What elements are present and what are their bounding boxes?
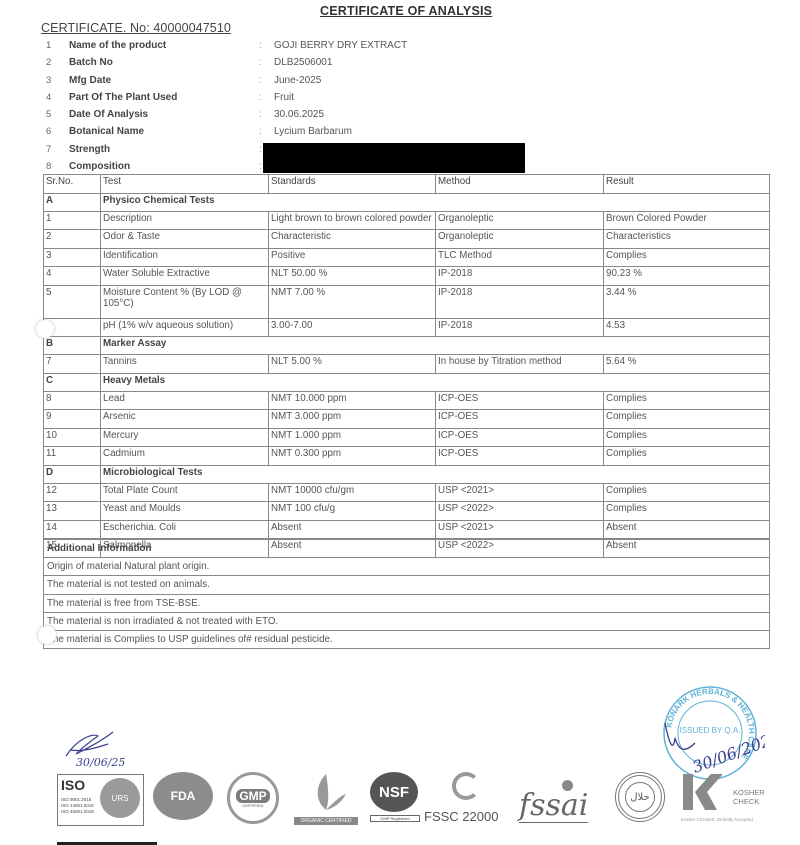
table-row: 2Odor & TasteCharacteristicOrganolepticC… — [44, 230, 770, 249]
standard-cell: NMT 0.300 ppm — [269, 447, 436, 466]
table-row: 11CadmiumNMT 0.300 ppmICP-OESComplies — [44, 447, 770, 466]
info-number: 1 — [46, 40, 51, 51]
serial-cell: 2 — [44, 230, 101, 249]
test-cell: Mercury — [101, 428, 269, 447]
info-colon: : — [259, 40, 262, 51]
test-cell: Yeast and Moulds — [101, 502, 269, 521]
test-cell: pH (1% w/v aqueous solution) — [101, 318, 269, 337]
info-value: Lycium Barbarum — [274, 126, 352, 137]
column-header: Sr.No. — [44, 175, 101, 194]
test-cell: Water Soluble Extractive — [101, 267, 269, 286]
info-number: 2 — [46, 57, 51, 68]
analysis-table: Sr.No.TestStandardsMethodResult APhysico… — [43, 174, 770, 558]
serial-cell: 11 — [44, 447, 101, 466]
info-value: DLB2506001 — [274, 57, 332, 68]
section-row: APhysico Chemical Tests — [44, 193, 770, 211]
info-value: 30.06.2025 — [274, 109, 324, 120]
method-cell: USP <2021> — [436, 483, 604, 502]
additional-info-text: Origin of material Natural plant origin. — [44, 558, 770, 576]
standard-cell: NLT 50.00 % — [269, 267, 436, 286]
column-header: Test — [101, 175, 269, 194]
method-cell: USP <2021> — [436, 520, 604, 539]
standard-cell: NMT 3.000 ppm — [269, 410, 436, 429]
info-row: 1Name of the product:GOJI BERRY DRY EXTR… — [44, 38, 544, 55]
info-colon: : — [259, 126, 262, 137]
standard-cell: NMT 7.00 % — [269, 285, 436, 318]
result-cell: Complies — [604, 410, 770, 429]
table-row: 14Escherichia. ColiAbsentUSP <2021>Absen… — [44, 520, 770, 539]
result-cell: Complies — [604, 483, 770, 502]
section-row: BMarker Assay — [44, 337, 770, 355]
result-cell: Characteristics — [604, 230, 770, 249]
section-row: CHeavy Metals — [44, 373, 770, 391]
section-title: Marker Assay — [101, 337, 770, 355]
kosher-check-logo: KOSHERCHECK Kosher Checked. Globally Acc… — [681, 772, 796, 828]
method-cell: USP <2022> — [436, 502, 604, 521]
section-title: Physico Chemical Tests — [101, 193, 770, 211]
info-label: Date Of Analysis — [69, 109, 148, 120]
info-value: Fruit — [274, 92, 294, 103]
additional-info-text: The material is non irradiated & not tre… — [44, 612, 770, 630]
additional-info-heading: Additional Information — [44, 540, 770, 558]
info-colon: : — [259, 109, 262, 120]
standard-cell: Light brown to brown colored powder — [269, 211, 436, 230]
result-cell: Brown Colored Powder — [604, 211, 770, 230]
method-cell: Organoleptic — [436, 230, 604, 249]
info-number: 6 — [46, 126, 51, 137]
info-colon: : — [259, 92, 262, 103]
fda-logo: FDA — [153, 772, 213, 820]
test-cell: Lead — [101, 391, 269, 410]
info-number: 3 — [46, 75, 51, 86]
test-cell: Moisture Content % (By LOD @ 105°C) — [101, 285, 269, 318]
method-cell: ICP-OES — [436, 410, 604, 429]
info-number: 5 — [46, 109, 51, 120]
table-row: 13Yeast and MouldsNMT 100 cfu/gUSP <2022… — [44, 502, 770, 521]
punch-hole — [36, 320, 54, 338]
document-title: CERTIFICATE OF ANALYSIS — [320, 4, 492, 18]
additional-info-row: The material is free from TSE-BSE. — [44, 594, 770, 612]
method-cell: IP-2018 — [436, 267, 604, 286]
info-label: Composition — [69, 161, 130, 172]
result-cell: Complies — [604, 248, 770, 267]
test-cell: Total Plate Count — [101, 483, 269, 502]
info-row: 3Mfg Date:June-2025 — [44, 73, 544, 90]
info-colon: : — [259, 144, 262, 155]
test-cell: Arsenic — [101, 410, 269, 429]
serial-cell: 14 — [44, 520, 101, 539]
table-row: 10MercuryNMT 1.000 ppmICP-OESComplies — [44, 428, 770, 447]
info-row: 5Date Of Analysis:30.06.2025 — [44, 107, 544, 124]
additional-info-text: The material is not tested on animals. — [44, 576, 770, 594]
standard-cell: NMT 1.000 ppm — [269, 428, 436, 447]
info-value: GOJI BERRY DRY EXTRACT — [274, 40, 407, 51]
method-cell: IP-2018 — [436, 285, 604, 318]
serial-cell: 7 — [44, 355, 101, 374]
section-code: D — [44, 465, 101, 483]
info-label: Batch No — [69, 57, 113, 68]
standard-cell: Positive — [269, 248, 436, 267]
table-row: 1DescriptionLight brown to brown colored… — [44, 211, 770, 230]
method-cell: In house by Titration method — [436, 355, 604, 374]
result-cell: Complies — [604, 391, 770, 410]
serial-cell: 4 — [44, 267, 101, 286]
info-label: Part Of The Plant Used — [69, 92, 177, 103]
serial-cell: 12 — [44, 483, 101, 502]
test-cell: Description — [101, 211, 269, 230]
section-code: A — [44, 193, 101, 211]
serial-cell: 8 — [44, 391, 101, 410]
result-cell: 5.64 % — [604, 355, 770, 374]
result-cell: Complies — [604, 447, 770, 466]
info-label: Botanical Name — [69, 126, 144, 137]
table-row: 3IdentificationPositiveTLC MethodComplie… — [44, 248, 770, 267]
standard-cell: NMT 100 cfu/g — [269, 502, 436, 521]
additional-info-row: The material is Complies to USP guidelin… — [44, 630, 770, 648]
fssai-logo: fssai — [517, 772, 603, 828]
info-number: 4 — [46, 92, 51, 103]
section-code: C — [44, 373, 101, 391]
iso-standard-line: ISO 45001:2018 — [61, 809, 94, 815]
section-row: DMicrobiological Tests — [44, 465, 770, 483]
result-cell: Complies — [604, 428, 770, 447]
svg-text:30/06/25: 30/06/25 — [76, 756, 125, 768]
table-row: 12Total Plate CountNMT 10000 cfu/gmUSP <… — [44, 483, 770, 502]
info-label: Mfg Date — [69, 75, 111, 86]
method-cell: ICP-OES — [436, 447, 604, 466]
info-number: 8 — [46, 161, 51, 172]
table-row: pH (1% w/v aqueous solution)3.00-7.00IP-… — [44, 318, 770, 337]
serial-cell: 10 — [44, 428, 101, 447]
method-cell: ICP-OES — [436, 428, 604, 447]
test-cell: Escherichia. Coli — [101, 520, 269, 539]
section-code: B — [44, 337, 101, 355]
standard-cell: 3.00-7.00 — [269, 318, 436, 337]
serial-cell: 5 — [44, 285, 101, 318]
section-title: Heavy Metals — [101, 373, 770, 391]
info-label: Name of the product — [69, 40, 166, 51]
additional-info-table: Additional InformationOrigin of material… — [43, 539, 770, 649]
method-cell: Organoleptic — [436, 211, 604, 230]
result-cell: Absent — [604, 520, 770, 539]
result-cell: 4.53 — [604, 318, 770, 337]
test-cell: Tannins — [101, 355, 269, 374]
info-label: Strength — [69, 144, 110, 155]
halal-logo: حلال — [615, 772, 665, 822]
info-colon: : — [259, 57, 262, 68]
info-row: 2Batch No:DLB2506001 — [44, 55, 544, 72]
info-row: 6Botanical Name:Lycium Barbarum — [44, 124, 544, 141]
column-header: Standards — [269, 175, 436, 194]
table-row: 4Water Soluble ExtractiveNLT 50.00 %IP-2… — [44, 267, 770, 286]
additional-info-text: The material is Complies to USP guidelin… — [44, 630, 770, 648]
method-cell: TLC Method — [436, 248, 604, 267]
test-cell: Cadmium — [101, 447, 269, 466]
column-header: Method — [436, 175, 604, 194]
signature-left: 30/06/25 — [58, 728, 138, 768]
serial-cell: 9 — [44, 410, 101, 429]
serial-cell: 13 — [44, 502, 101, 521]
standard-cell: NMT 10000 cfu/gm — [269, 483, 436, 502]
method-cell: IP-2018 — [436, 318, 604, 337]
table-row: 5Moisture Content % (By LOD @ 105°C)NMT … — [44, 285, 770, 318]
standard-cell: NMT 10.000 ppm — [269, 391, 436, 410]
additional-info-row: The material is non irradiated & not tre… — [44, 612, 770, 630]
punch-hole — [38, 626, 56, 644]
result-cell: 90.23 % — [604, 267, 770, 286]
additional-info-row: The material is not tested on animals. — [44, 576, 770, 594]
table-row: 8LeadNMT 10.000 ppmICP-OESComplies — [44, 391, 770, 410]
table-row: 7TanninsNLT 5.00 %In house by Titration … — [44, 355, 770, 374]
iso-logo: ISO ISO 9001:2015ISO 14001:2015ISO 45001… — [57, 774, 144, 826]
redacted-block — [263, 143, 525, 173]
test-cell: Odor & Taste — [101, 230, 269, 249]
additional-info-text: The material is free from TSE-BSE. — [44, 594, 770, 612]
additional-info-row: Origin of material Natural plant origin. — [44, 558, 770, 576]
table-row: 9ArsenicNMT 3.000 ppmICP-OESComplies — [44, 410, 770, 429]
gmp-logo: GMP CERTIFIED — [227, 772, 279, 824]
info-colon: : — [259, 75, 262, 86]
info-row: 4Part Of The Plant Used:Fruit — [44, 90, 544, 107]
svg-text:ISSUED BY Q.A.: ISSUED BY Q.A. — [680, 726, 741, 735]
info-value: June-2025 — [274, 75, 321, 86]
urs-seal: URS — [100, 778, 140, 818]
standard-cell: NLT 5.00 % — [269, 355, 436, 374]
test-cell: Identification — [101, 248, 269, 267]
method-cell: ICP-OES — [436, 391, 604, 410]
certification-logos: ISO ISO 9001:2015ISO 14001:2015ISO 45001… — [57, 772, 797, 832]
fssc-logo: FSSC 22000 — [424, 772, 514, 828]
serial-cell: 1 — [44, 211, 101, 230]
result-cell: 3.44 % — [604, 285, 770, 318]
nsf-logo: NSF GMP Registered — [370, 772, 420, 826]
certificate-number: CERTIFICATE. No: 40000047510 — [41, 21, 231, 35]
section-title: Microbiological Tests — [101, 465, 770, 483]
standard-cell: Characteristic — [269, 230, 436, 249]
organic-logo: ORGANIC CERTIFIED — [294, 772, 358, 826]
serial-cell: 3 — [44, 248, 101, 267]
standard-cell: Absent — [269, 520, 436, 539]
info-number: 7 — [46, 144, 51, 155]
info-colon: : — [259, 161, 262, 172]
result-cell: Complies — [604, 502, 770, 521]
column-header: Result — [604, 175, 770, 194]
